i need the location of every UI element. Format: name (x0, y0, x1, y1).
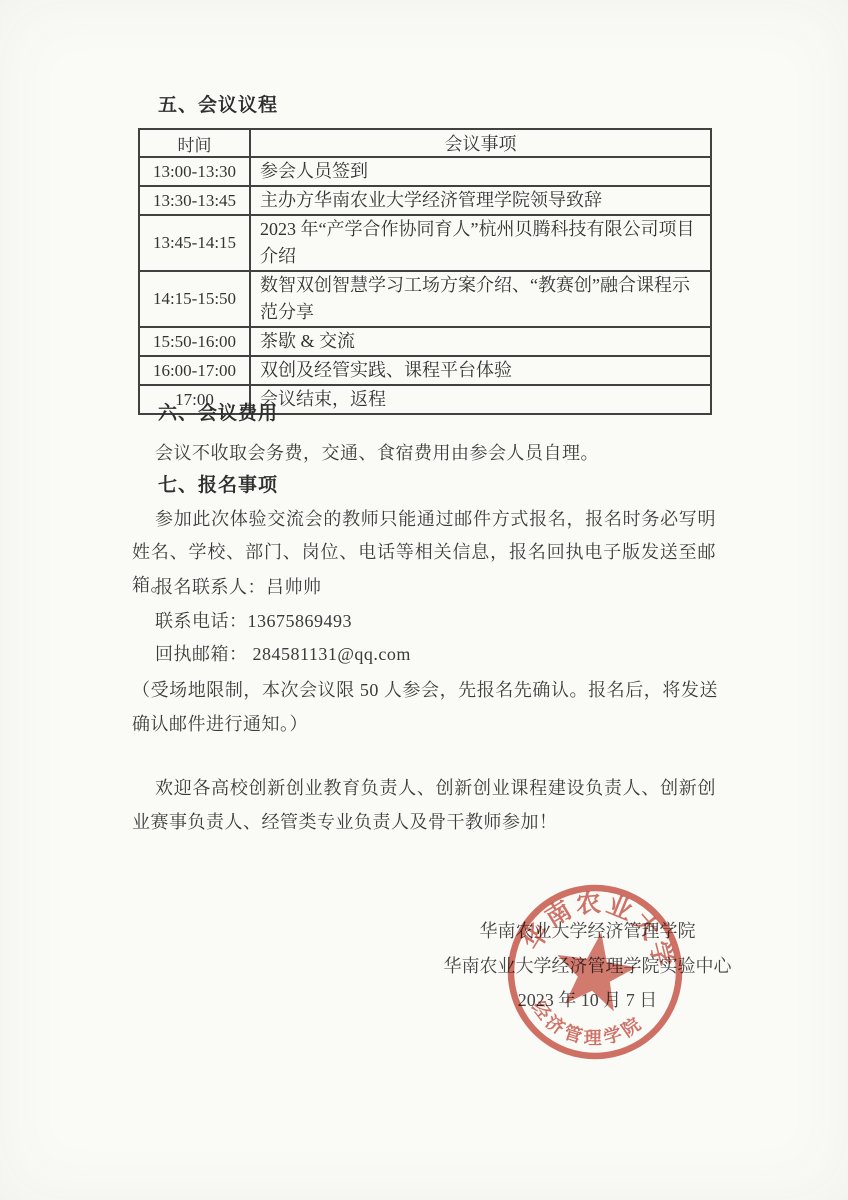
contact-block: 报名联系人：吕帅帅 联系电话：13675869493 回执邮箱： 2845811… (155, 571, 715, 672)
agenda-item: 主办方华南农业大学经济管理学院领导致辞 (250, 186, 711, 215)
agenda-item: 双创及经管实践、课程平台体验 (250, 356, 711, 385)
signature-org-line: 华南农业大学经济管理学院 (415, 914, 760, 949)
agenda-time: 13:45-14:15 (139, 215, 250, 271)
section-registration-title: 七、报名事项 (158, 474, 278, 498)
agenda-time: 14:15-15:50 (139, 271, 250, 327)
agenda-time: 16:00-17:00 (139, 356, 250, 385)
agenda-time: 15:50-16:00 (139, 327, 250, 356)
table-header-row: 时间 会议事项 (139, 129, 711, 157)
table-header-item: 会议事项 (250, 129, 711, 157)
agenda-item: 会议结束，返程 (250, 385, 711, 414)
table-row: 15:50-16:00 茶歇 & 交流 (139, 327, 711, 356)
signature-date: 2023 年 10 月 7 日 (415, 983, 760, 1018)
agenda-item: 参会人员签到 (250, 157, 711, 186)
agenda-item: 茶歇 & 交流 (250, 327, 711, 356)
agenda-table: 时间 会议事项 13:00-13:30 参会人员签到 13:30-13:45 主… (138, 128, 712, 415)
scanned-document-page: 五、会议议程 时间 会议事项 13:00-13:30 参会人员签到 13:30-… (0, 0, 848, 1200)
capacity-note-paragraph: （受场地限制，本次会议限 50 人参会，先报名先确认。报名后，将发送确认邮件进行… (132, 674, 718, 741)
table-header-time: 时间 (139, 129, 250, 157)
agenda-item: 2023 年“产学合作协同育人”杭州贝腾科技有限公司项目介绍 (250, 215, 711, 271)
agenda-time: 13:00-13:30 (139, 157, 250, 186)
contact-email-line: 回执邮箱： 284581131@qq.com (155, 638, 715, 672)
agenda-time: 13:30-13:45 (139, 186, 250, 215)
welcome-paragraph: 欢迎各高校创新创业教育负责人、创新创业课程建设负责人、创新创业赛事负责人、经管类… (132, 772, 716, 839)
section-fees-title: 六、会议费用 (158, 402, 278, 426)
signature-block: 华南农业大学经济管理学院 华南农业大学经济管理学院实验中心 2023 年 10 … (415, 914, 760, 1018)
signature-center-line: 华南农业大学经济管理学院实验中心 (415, 949, 760, 984)
table-row: 13:30-13:45 主办方华南农业大学经济管理学院领导致辞 (139, 186, 711, 215)
contact-name-line: 报名联系人：吕帅帅 (155, 571, 715, 605)
table-row: 13:00-13:30 参会人员签到 (139, 157, 711, 186)
contact-phone-line: 联系电话：13675869493 (155, 605, 715, 639)
agenda-item: 数智双创智慧学习工场方案介绍、“教赛创”融合课程示范分享 (250, 271, 711, 327)
section-agenda-title: 五、会议议程 (158, 94, 278, 118)
table-row: 13:45-14:15 2023 年“产学合作协同育人”杭州贝腾科技有限公司项目… (139, 215, 711, 271)
table-row: 16:00-17:00 双创及经管实践、课程平台体验 (139, 356, 711, 385)
fees-paragraph: 会议不收取会务费，交通、食宿费用由参会人员自理。 (132, 437, 716, 470)
table-row: 14:15-15:50 数智双创智慧学习工场方案介绍、“教赛创”融合课程示范分享 (139, 271, 711, 327)
